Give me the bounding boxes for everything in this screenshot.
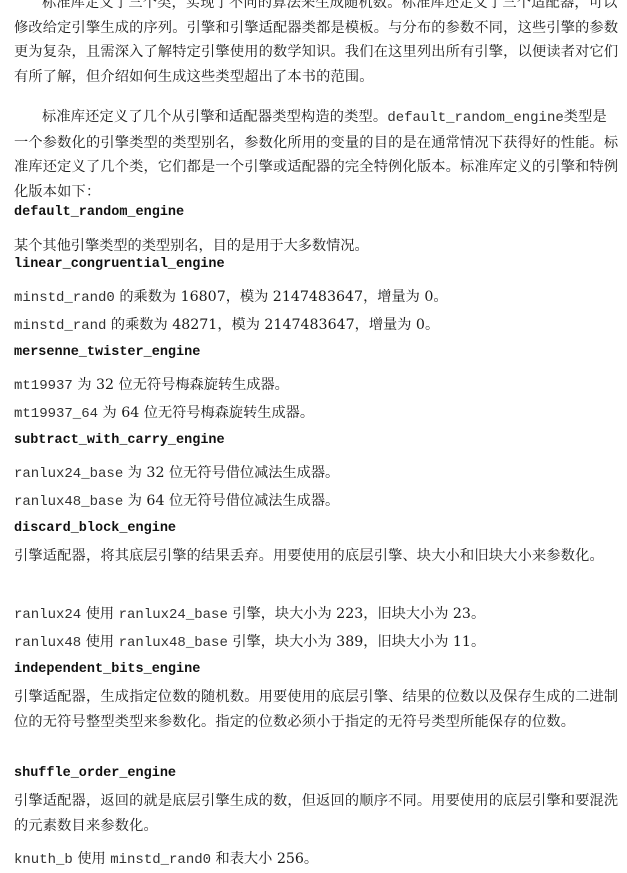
document-page: 标准库定义了三个类，实现了不同的算法来生成随机数。标准库还定义了三个适配器，可以… <box>0 0 627 873</box>
item-ranlux48-base: ranlux48_base 为 64 位无符号借位减法生成器。 <box>14 490 339 510</box>
intro-paragraph-2: 标准库还定义了几个从引擎和适配器类型构造的类型。default_random_e… <box>14 105 619 204</box>
item-ranlux24: ranlux24 使用 ranlux24_base 引擎，块大小为 223，旧块… <box>14 603 485 623</box>
item-minstd-rand: minstd_rand 的乘数为 48271，模为 2147483647，增量为… <box>14 314 439 334</box>
item-knuth-b: knuth_b 使用 minstd_rand0 和表大小 256。 <box>14 848 318 868</box>
item-ranlux48: ranlux48 使用 ranlux48_base 引擎，块大小为 389，旧块… <box>14 631 485 651</box>
inline-code: default_random_engine <box>387 110 563 126</box>
item-text: 为 32 位无符号梅森旋转生成器。 <box>73 377 289 393</box>
item-text: 为 64 位无符号梅森旋转生成器。 <box>98 405 314 421</box>
code-name: knuth_b <box>14 852 73 868</box>
code-name: ranlux24_base <box>119 607 228 623</box>
item-text: 使用 <box>81 606 118 622</box>
intro-text-a: 标准库还定义了几个从引擎和适配器类型构造的类型。 <box>42 109 387 125</box>
item-ranlux24-base: ranlux24_base 为 32 位无符号借位减法生成器。 <box>14 462 339 482</box>
item-minstd-rand0: minstd_rand0 的乘数为 16807，模为 2147483647，增量… <box>14 286 448 306</box>
desc-independent-bits-engine: 引擎适配器，生成指定位数的随机数。用要使用的底层引擎、结果的位数以及保存生成的二… <box>14 685 619 734</box>
heading-linear-congruential-engine: linear_congruential_engine <box>14 257 225 272</box>
desc-default-random-engine: 某个其他引擎类型的类型别名，目的是用于大多数情况。 <box>14 235 369 255</box>
code-name: minstd_rand0 <box>14 290 115 306</box>
item-text: 使用 <box>81 634 118 650</box>
code-name: mt19937_64 <box>14 406 98 422</box>
item-text: 为 32 位无符号借位减法生成器。 <box>123 465 339 481</box>
item-text: 引擎，块大小为 389，旧块大小为 11。 <box>228 634 485 650</box>
item-text: 和表大小 256。 <box>211 851 318 867</box>
code-name: ranlux48 <box>14 635 81 651</box>
code-name: ranlux48_base <box>14 494 123 510</box>
heading-independent-bits-engine: independent_bits_engine <box>14 662 200 677</box>
code-name: mt19937 <box>14 378 73 394</box>
desc-shuffle-order-engine: 引擎适配器，返回的就是底层引擎生成的数，但返回的顺序不同。用要使用的底层引擎和要… <box>14 789 619 838</box>
item-mt19937: mt19937 为 32 位无符号梅森旋转生成器。 <box>14 374 289 394</box>
desc-discard-block-engine: 引擎适配器，将其底层引擎的结果丢弃。用要使用的底层引擎、块大小和旧块大小来参数化… <box>14 544 619 569</box>
item-mt19937-64: mt19937_64 为 64 位无符号梅森旋转生成器。 <box>14 402 314 422</box>
heading-shuffle-order-engine: shuffle_order_engine <box>14 766 176 781</box>
code-name: ranlux48_base <box>119 635 228 651</box>
item-text: 的乘数为 48271，模为 2147483647，增量为 0。 <box>106 317 439 333</box>
code-name: minstd_rand0 <box>110 852 211 868</box>
heading-discard-block-engine: discard_block_engine <box>14 521 176 536</box>
heading-subtract-with-carry-engine: subtract_with_carry_engine <box>14 433 225 448</box>
code-name: ranlux24_base <box>14 466 123 482</box>
item-text: 使用 <box>73 851 110 867</box>
item-text: 为 64 位无符号借位减法生成器。 <box>123 493 339 509</box>
code-name: minstd_rand <box>14 318 106 334</box>
intro-paragraph-1: 标准库定义了三个类，实现了不同的算法来生成随机数。标准库还定义了三个适配器，可以… <box>14 0 619 89</box>
heading-mersenne-twister-engine: mersenne_twister_engine <box>14 345 200 360</box>
heading-default-random-engine: default_random_engine <box>14 205 184 220</box>
item-text: 的乘数为 16807，模为 2147483647，增量为 0。 <box>115 289 448 305</box>
code-name: ranlux24 <box>14 607 81 623</box>
item-text: 引擎，块大小为 223，旧块大小为 23。 <box>228 606 485 622</box>
